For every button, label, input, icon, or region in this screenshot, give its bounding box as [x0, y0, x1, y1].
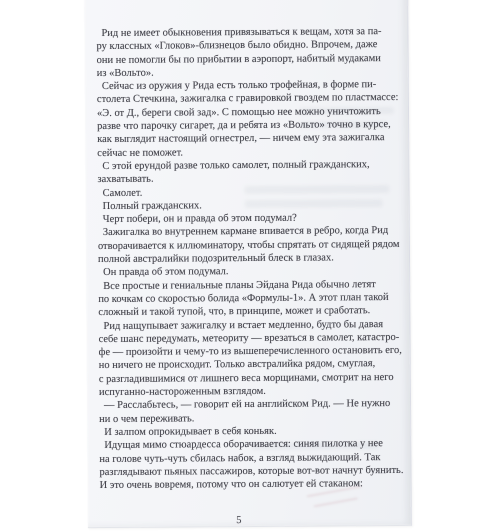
text-line: с разгладившимися от лишнего веса морщин… [99, 371, 409, 386]
paragraph: Идущая мимо стюардесса оборачивается: си… [99, 437, 409, 492]
book-page: Рид не имеет обыкновения привязываться к… [84, 0, 412, 528]
page-number: 5 [100, 514, 378, 527]
text-line: они не помогли бы по прибытии в аэропорт… [97, 51, 407, 66]
book-page-photo: Рид не имеет обыкновения привязываться к… [0, 0, 500, 532]
paragraph: Зажигалка во внутреннем кармане впиваетс… [98, 224, 408, 266]
text-line: разглядывают пьяных пассажиров, которые … [99, 464, 409, 479]
paragraph: Рид не имеет обыкновения привязываться к… [96, 25, 406, 80]
paragraph: Рид нащупывает зажигалку и встает медлен… [98, 317, 409, 399]
paragraph: С этой ерундой разве только самолет, пол… [97, 158, 407, 187]
text-line: И это очень вовремя, потому что он салют… [100, 477, 410, 492]
paragraph: Сейчас из оружия у Рида есть только троф… [97, 78, 408, 160]
handwriting-ghost [314, 497, 358, 507]
text-line: как выглядит настоящий огнестрел, — ниче… [97, 131, 407, 146]
text-line: — Расслабьтесь, — говорит ей на английск… [99, 397, 409, 412]
paragraph: — Расслабьтесь, — говорит ей на английск… [99, 397, 409, 426]
text-line: отворачивается к иллюминатору, чтобы спр… [98, 238, 408, 253]
page-text: Рид не имеет обыкновения привязываться к… [96, 25, 409, 493]
paragraph: Все простые и гениальные планы Эйдана Ри… [98, 278, 408, 320]
text-line: С этой ерундой разве только самолет, пол… [97, 158, 407, 173]
